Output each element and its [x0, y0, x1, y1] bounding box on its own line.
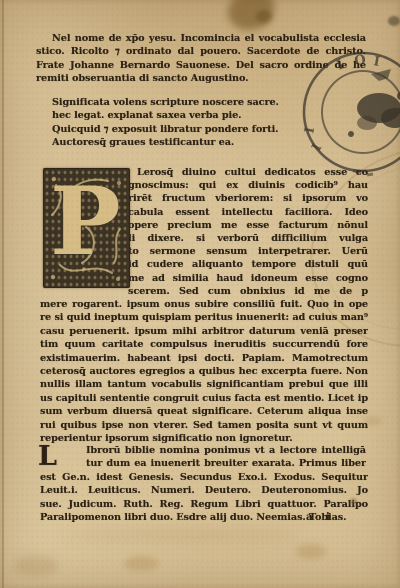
woodcut-initial-P: P: [43, 168, 130, 288]
paragraph-line: existimauerim. habeant ipsi docti. Papia…: [40, 352, 368, 365]
paragraph-line: Ibrorū biblie nomina ponimus vt a lector…: [86, 444, 366, 457]
paragraph-line: re si quid ineptum quispiam peritus inue…: [40, 311, 368, 324]
book-page-scan: Nel nome de xp̄o yesu. Incomincia el voc…: [0, 0, 400, 588]
stamp-letter: I: [335, 57, 347, 73]
paragraph-line: us capituli sententie congruit cuius fac…: [40, 392, 368, 405]
stamp-letter: I: [302, 126, 318, 135]
paragraph-line: scerem. Sed cum obnixius id me de p: [128, 285, 368, 298]
paragraph-line: sum verbum diuersā queat significare. Ce…: [40, 405, 368, 418]
fox-spot: [296, 544, 326, 559]
paragraph-line: tur dum ea inuenerit breuiter exarata. P…: [86, 457, 366, 470]
paragraph-line: Leuit.i. Leuiticus. Numeri. Deutero. Deu…: [40, 484, 368, 497]
stamp-center-emblem: [348, 69, 400, 176]
paragraph-full-lines: mere rogarent. ipsum onus subire consili…: [40, 298, 368, 445]
initial-letter-L: L: [38, 443, 59, 470]
paragraph-line: to sermone sensum interpetrarer. Uerū: [128, 245, 368, 258]
paragraph-line: nullis illam tantum vocabulis significan…: [40, 378, 368, 391]
initial-letter-P: P: [50, 163, 121, 281]
paragraph-line: me ad similia haud idoneum esse cogno: [128, 272, 368, 285]
stamp-letter: I: [372, 54, 381, 70]
paragraph-line: est Ge.n. idest Genesis. Secundus Exo.i.…: [40, 471, 368, 484]
stamp-letter: I: [309, 141, 325, 153]
paragraph-line: tim quum caritate compulsus ineruditis s…: [40, 338, 368, 351]
ink-stain: [228, 0, 274, 30]
paragraph-line: li dixere. si verborū difficilium vulga: [128, 232, 368, 245]
ink-stain: [256, 10, 272, 23]
fox-spot: [124, 556, 158, 571]
paragraph-indented-lines: Ibrorū biblie nomina ponimus vt a lector…: [86, 444, 366, 471]
paragraph-line: ceterosq̄ auctores egregios a quibus hec…: [40, 365, 368, 378]
library-stamp: I O I I I: [283, 22, 400, 202]
paragraph-line: casu peruenerit. ipsum mihi arbitror dat…: [40, 325, 368, 338]
paragraph-line: mere rogarent. ipsum onus subire consili…: [40, 298, 368, 311]
paragraph-line: sue. Judicum. Ruth. Reg. Regum Libri qua…: [40, 498, 368, 511]
paragraph-line: cabula essent intellectu faciliora. Ideo: [128, 206, 368, 219]
fox-spot: [14, 556, 58, 576]
fox-spot: [60, 528, 300, 542]
paragraph-line: rui quibus ipse non vterer. Sed tamen po…: [40, 419, 368, 432]
stamp-letter: O: [353, 53, 366, 69]
paragraph-line: id cudere aliquanto tempore distuli quū: [128, 258, 368, 271]
paragraph-line: opere precium me esse facturum nōnul: [128, 219, 368, 232]
signature-mark: a i: [306, 512, 335, 523]
